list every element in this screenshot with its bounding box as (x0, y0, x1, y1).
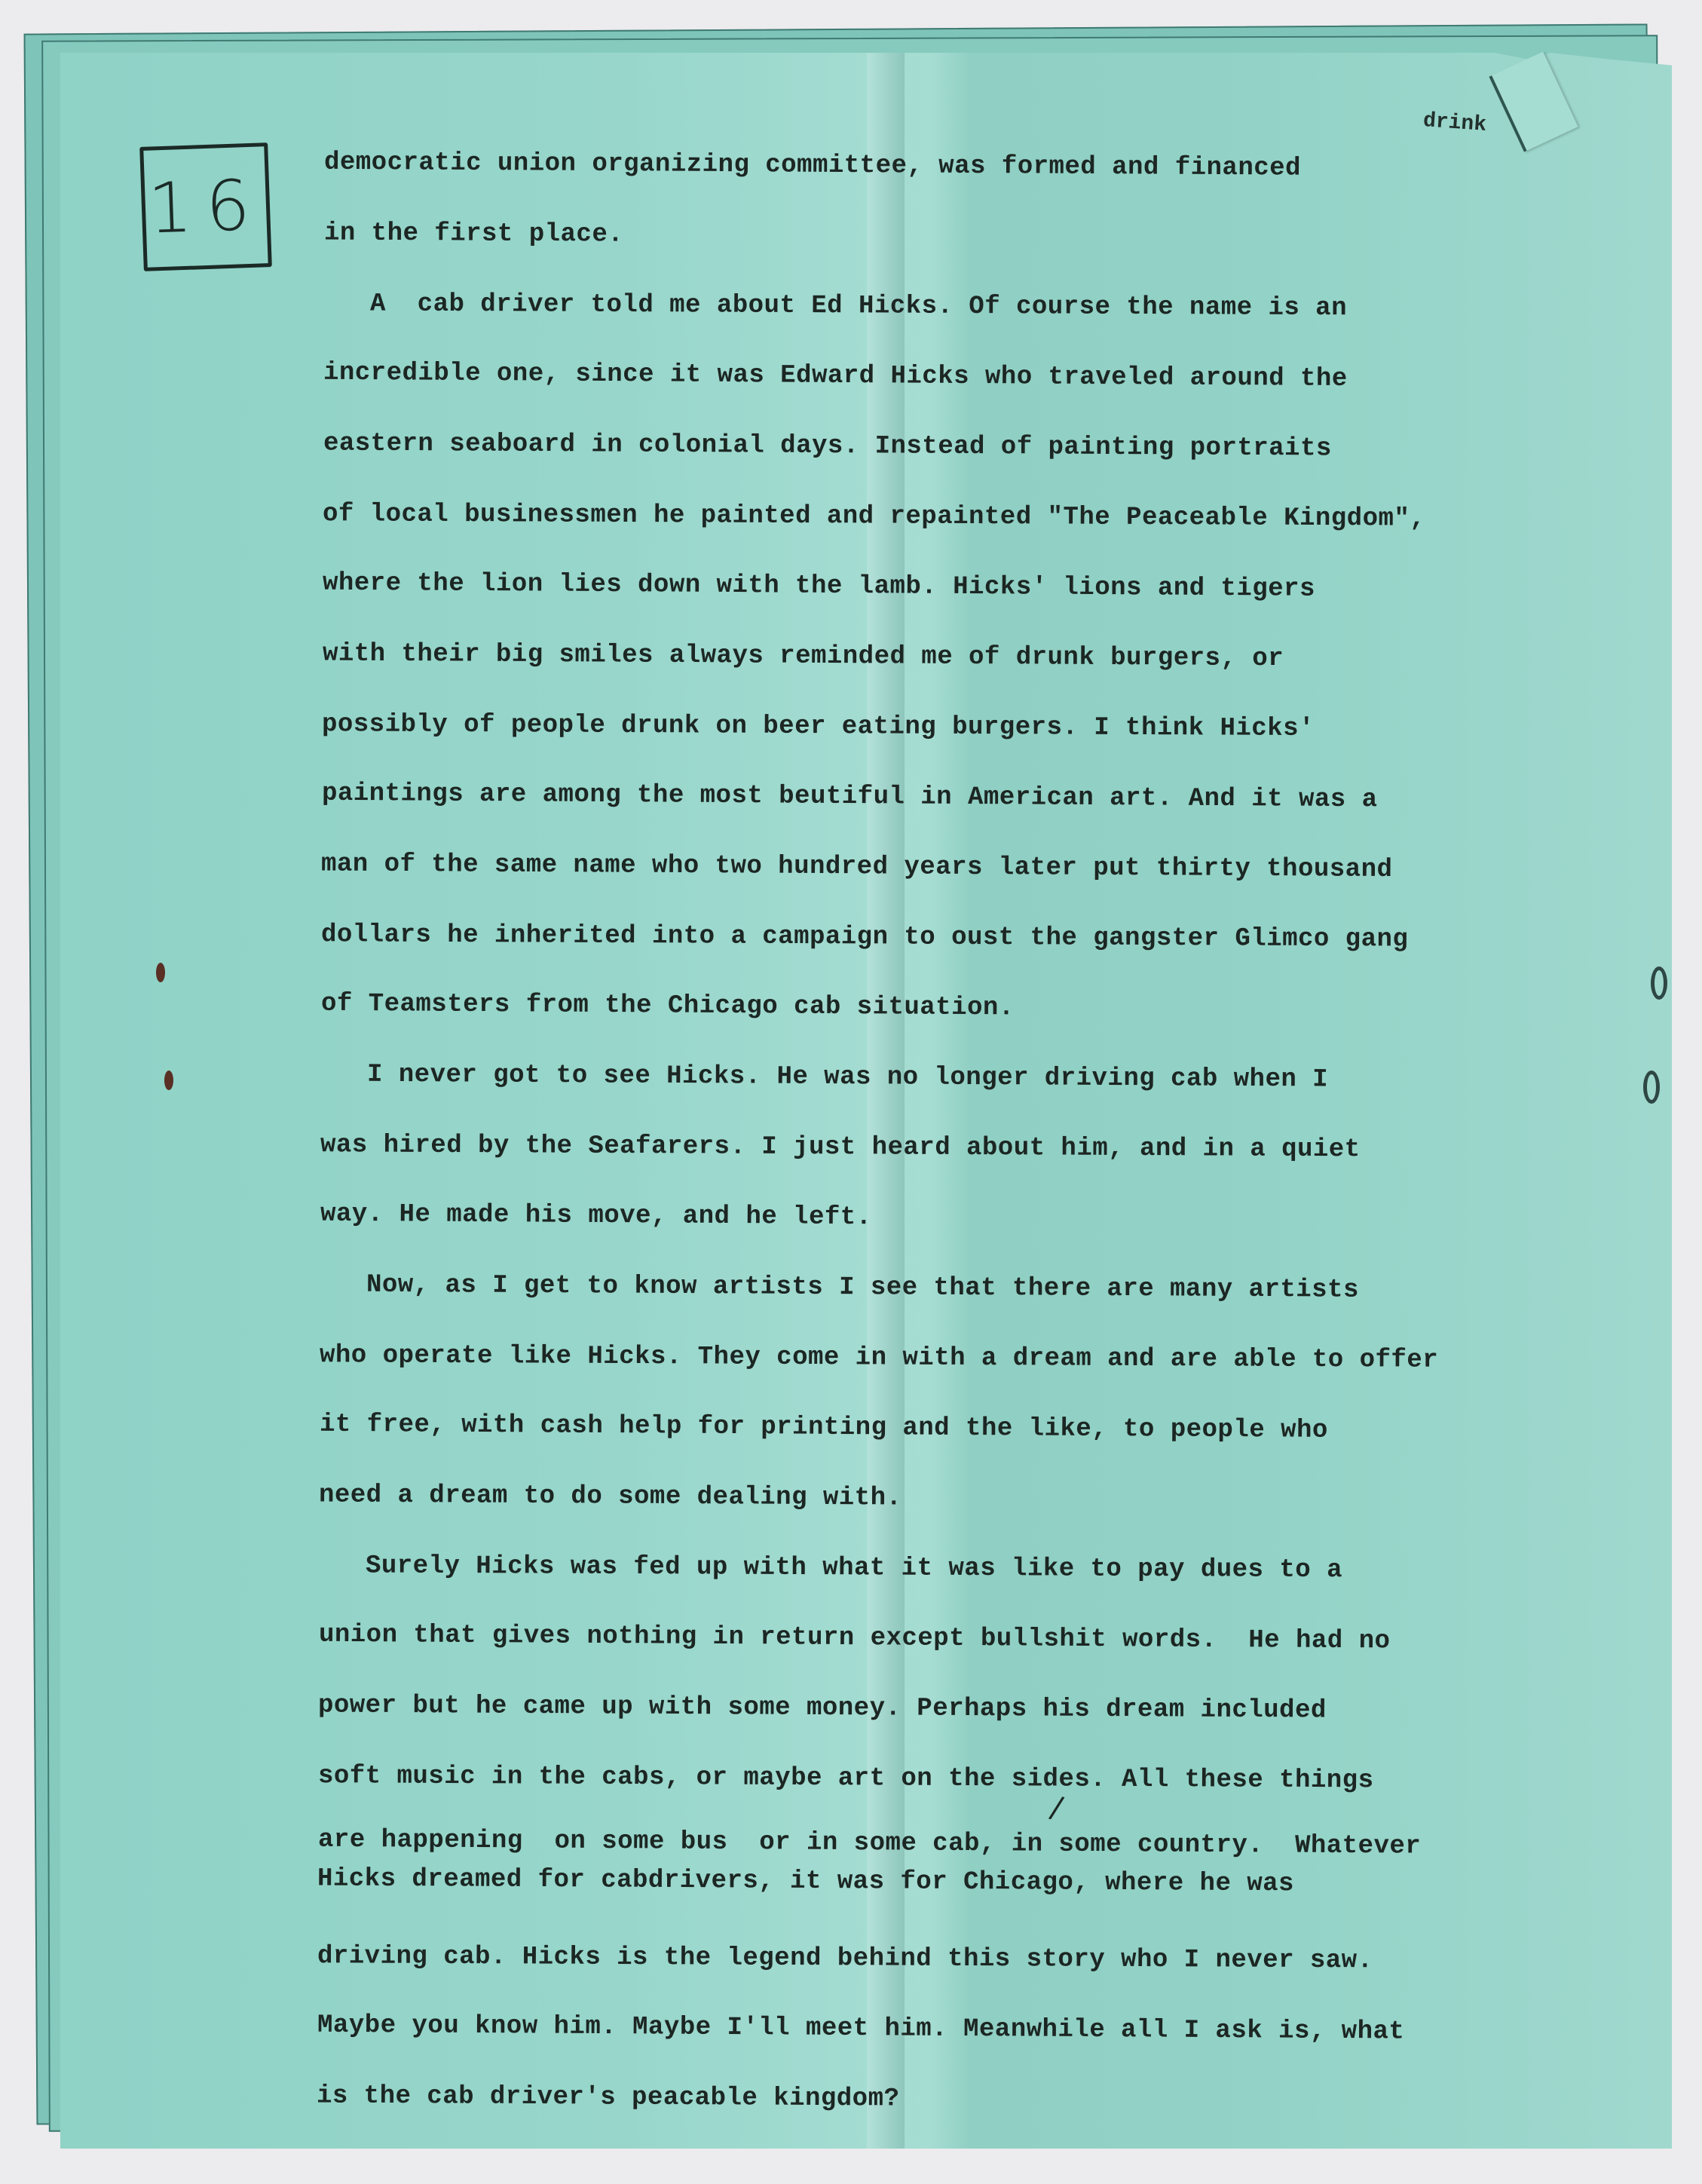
text-line: paintings are among the most beutiful in… (322, 759, 1621, 838)
text-line: with their big smiles always reminded me… (323, 619, 1621, 696)
text-line: in the first place. (324, 198, 1621, 275)
text-line: I never got to see Hicks. He was no long… (320, 1040, 1621, 1117)
text-line: possibly of people drunk on beer eating … (322, 690, 1621, 766)
text-line: of Teamsters from the Chicago cab situat… (321, 969, 1621, 1048)
text-line: driving cab. Hicks is the legend behind … (317, 1922, 1621, 1998)
text-line: was hired by the Seafarers. I just heard… (320, 1110, 1621, 1187)
text-line: Now, as I get to know artists I see that… (320, 1250, 1621, 1327)
text-line: Surely Hicks was fed up with what it was… (319, 1531, 1621, 1607)
text-line: power but he came up with some money. Pe… (318, 1671, 1621, 1748)
text-line: Hicks dreamed for cabdrivers, it was for… (317, 1859, 1621, 1905)
text-line: A cab driver told me about Ed Hicks. Of … (323, 269, 1621, 345)
text-line: is the cab driver's peacable kingdom? (317, 2061, 1621, 2138)
text-line: man of the same name who two hundred yea… (321, 829, 1621, 906)
punch-hole-mark (156, 963, 165, 982)
binding-ring-mark (1643, 1071, 1660, 1104)
binding-ring-mark (1651, 966, 1667, 1000)
page-number: 16 (139, 142, 272, 271)
text-line: it free, with cash help for printing and… (320, 1390, 1621, 1469)
text-line: dollars he inherited into a campaign to … (321, 900, 1621, 976)
text-line: of local businessmen he painted and repa… (323, 479, 1621, 556)
text-line: incredible one, since it was Edward Hick… (323, 338, 1621, 417)
text-line: democratic union organizing committee, w… (324, 128, 1621, 207)
text-line: where the lion lies down with the lamb. … (323, 549, 1621, 627)
text-line: eastern seaboard in colonial days. Inste… (323, 409, 1621, 486)
punch-hole-mark (164, 1071, 173, 1090)
text-line: who operate like Hicks. They come in wit… (320, 1321, 1621, 1397)
text-line: way. He made his move, and he left. (320, 1180, 1621, 1258)
text-line: soft music in the cabs, or maybe art on … (318, 1741, 1621, 1818)
text-line: union that gives nothing in return excep… (319, 1600, 1621, 1679)
typewritten-body: democratic union organizing committee, w… (324, 132, 1621, 2135)
text-line: need a dream to do some dealing with. (319, 1460, 1621, 1537)
text-line: Maybe you know him. Maybe I'll meet him.… (317, 1991, 1621, 2069)
